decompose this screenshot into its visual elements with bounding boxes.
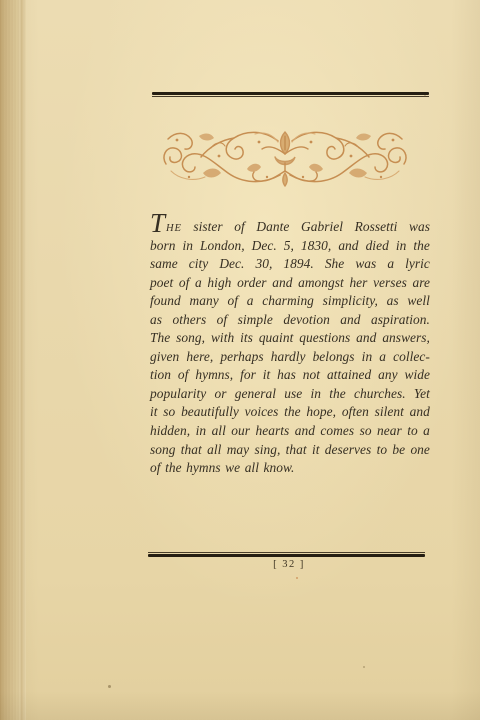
paragraph-line-3: samecityDec.30,1894.Shewasalyric	[150, 256, 430, 275]
floral-headpiece-ornament	[159, 126, 411, 190]
page-number: [ 32 ]	[150, 559, 428, 570]
top-rule-thick-line	[152, 92, 429, 95]
paragraph-line-12: hidden,inallourheartsandcomessoneartoa	[150, 423, 430, 442]
paragraph-line-11: itsobeautifullyvoicesthehope,oftensilent…	[150, 404, 430, 423]
paragraph-line-1: THEsisterofDanteGabrielRossettiwas	[150, 219, 430, 238]
paragraph-line-9: tionofhymns,forithasnotattainedanywide	[150, 367, 430, 386]
top-rule-thin-line	[152, 96, 429, 97]
bottom-rule-thin-line	[148, 552, 425, 553]
paragraph-line-13: songthatallmaysing,thatitdeservestobeone	[150, 442, 430, 461]
paragraph-line-5: foundmanyofacharmingsimplicity,aswell	[150, 293, 430, 312]
paragraph-line-2: borninLondon,Dec.5,1830,anddiedinthe	[150, 238, 430, 257]
paragraph-line-6: asothersofsimpledevotionandaspiration.	[150, 312, 430, 331]
paper-speck	[363, 666, 365, 668]
paragraph-line-14: ofthehymnsweallknow.	[150, 460, 430, 479]
book-page: THEsisterofDanteGabrielRossettiwas borni…	[0, 0, 480, 720]
paragraph-line-10: popularityorgeneraluseinthechurches.Yet	[150, 386, 430, 405]
paper-speck	[296, 577, 298, 579]
bottom-rule-thick-line	[148, 554, 425, 557]
paragraph-line-4: poetofahighorderandamongstherversesare	[150, 275, 430, 294]
bottom-double-rule	[148, 552, 425, 557]
page-edge-texture	[0, 0, 26, 720]
intro-paragraph: THEsisterofDanteGabrielRossettiwas borni…	[150, 219, 430, 479]
top-double-rule	[152, 92, 429, 97]
paragraph-line-8: givenhere,perhapshardlybelongsinacollec-	[150, 349, 430, 368]
paper-speck	[424, 95, 426, 97]
paper-speck	[108, 685, 111, 688]
paragraph-line-7: Thesong,withitsquaintquestionsandanswers…	[150, 330, 430, 349]
